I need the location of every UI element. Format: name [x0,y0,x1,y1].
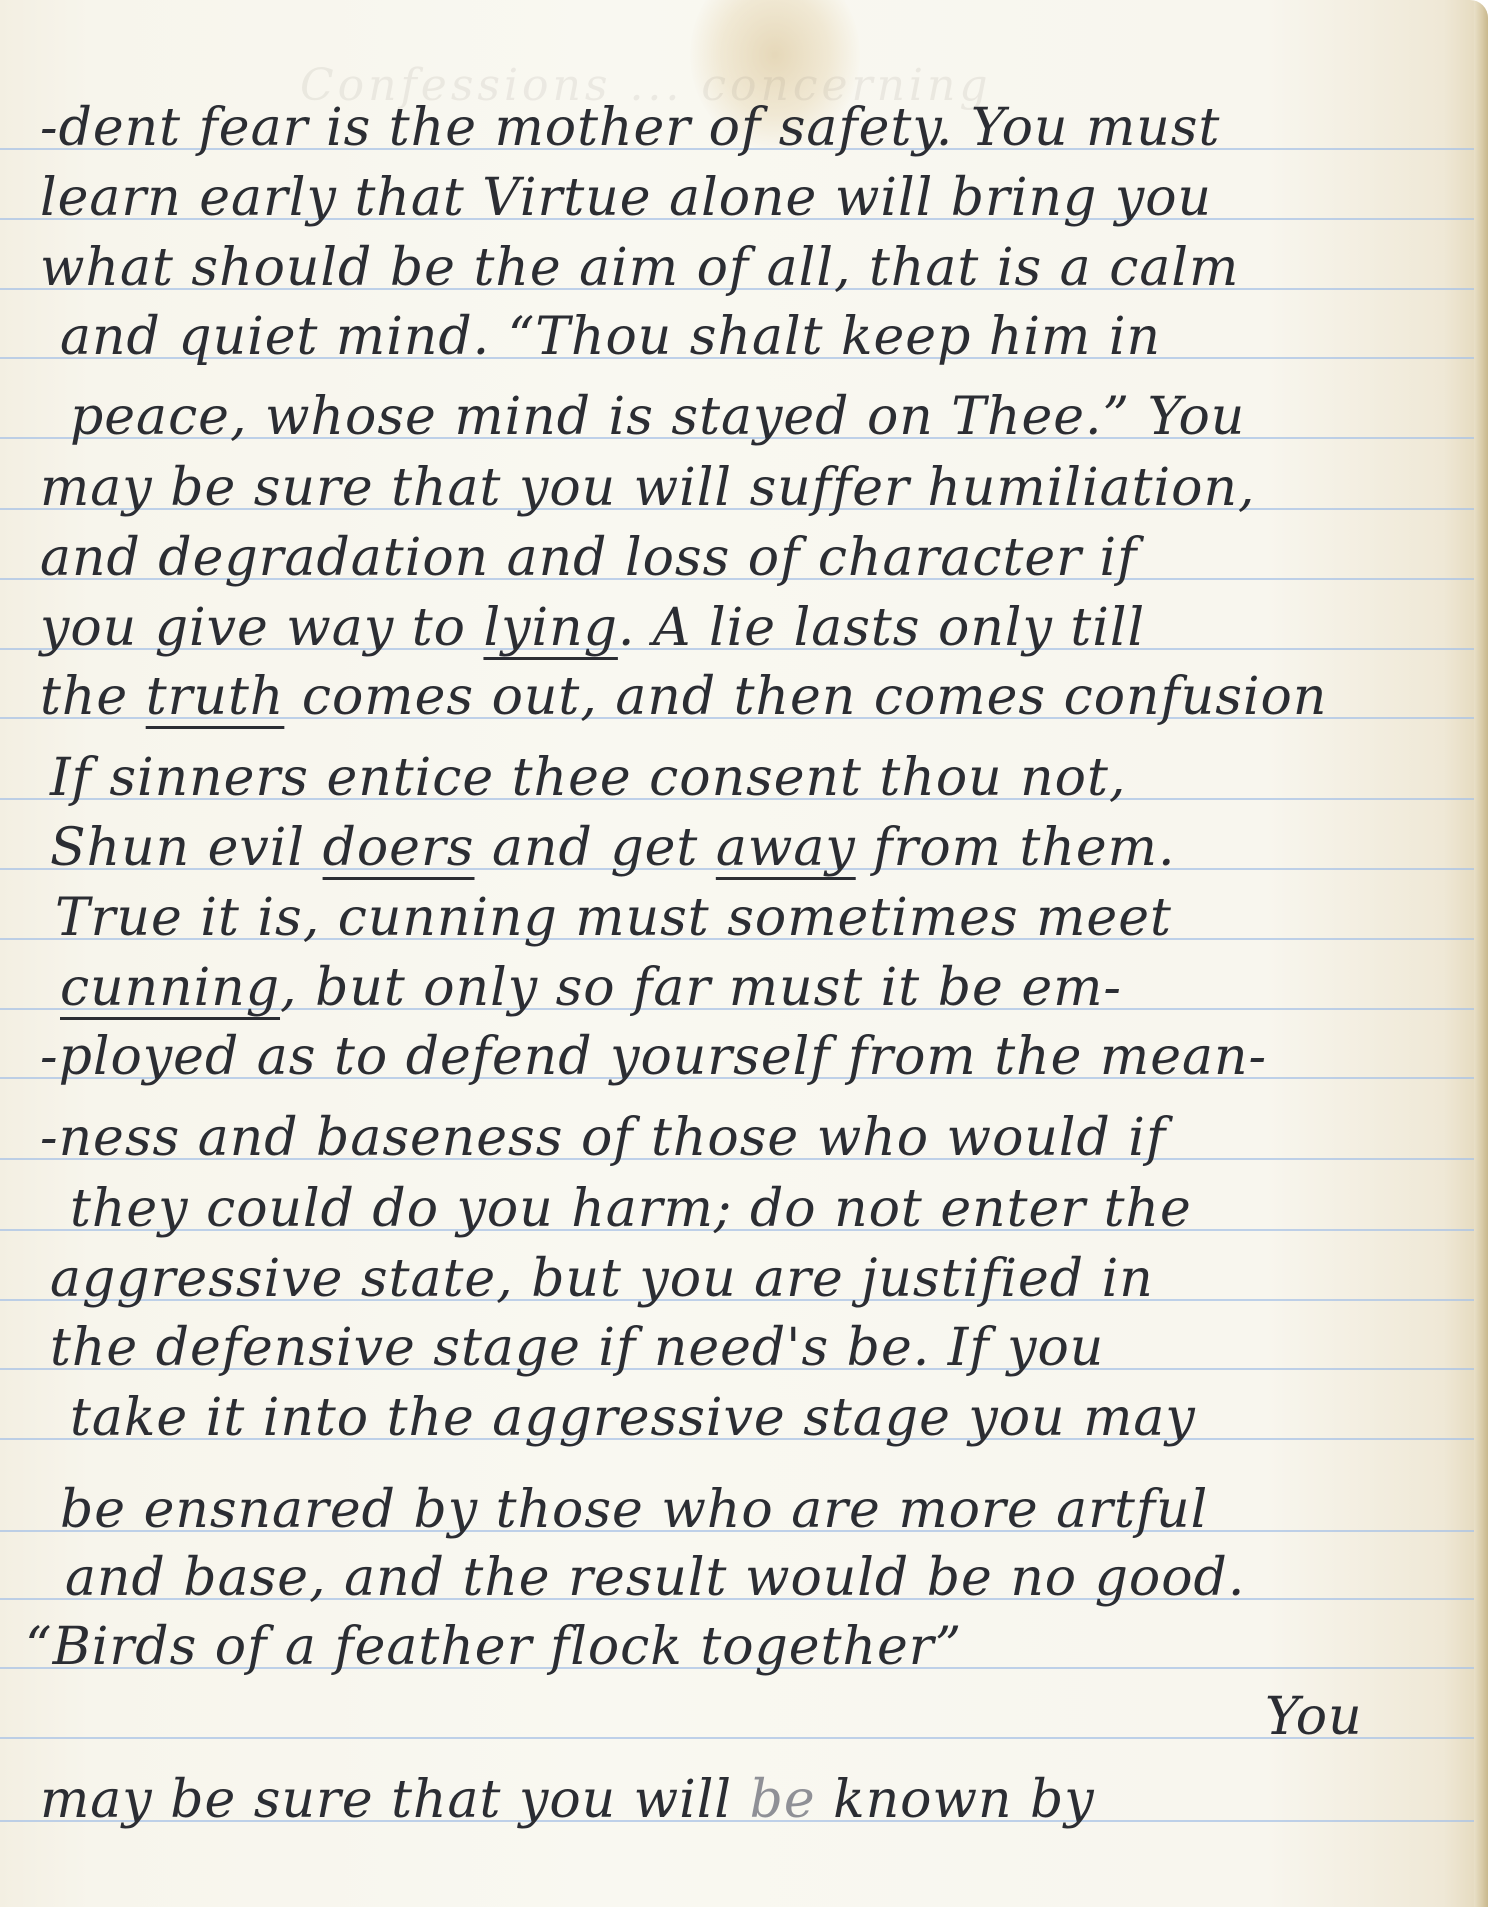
handwritten-line: peace, whose mind is stayed on Thee.” Yo… [70,387,1458,447]
line-text: . A lie lasts only till [618,598,1145,658]
handwritten-line: and quiet mind. “Thou shalt keep him in [60,307,1458,367]
handwritten-line: and base, and the result would be no goo… [65,1548,1458,1608]
handwritten-line: You [1265,1687,1458,1747]
line-text: from them. [856,818,1176,878]
ruled-line [0,1737,1474,1739]
line-text: , but only so far must it be em- [280,958,1122,1018]
handwritten-line: the defensive stage if need's be. If you [50,1318,1458,1378]
line-text: comes out, and then comes confusion [284,667,1327,727]
handwritten-line: -dent fear is the mother of safety. You … [40,98,1458,158]
handwritten-line: True it is, cunning must sometimes meet [55,888,1458,948]
line-text: and get [475,818,716,878]
underlined-word: doers [323,818,475,878]
line-text: known by [816,1770,1095,1830]
underlined-word: cunning [60,958,280,1018]
underlined-word: away [716,818,856,878]
handwritten-line: may be sure that you will suffer humilia… [40,458,1458,518]
line-text: Shun evil [50,818,323,878]
underlined-word: lying [483,598,617,658]
notebook-page: Confessions ... concerning -dent fear is… [0,0,1488,1907]
faint-word: be [750,1770,816,1830]
handwritten-line: take it into the aggressive stage you ma… [70,1388,1458,1448]
handwritten-line: aggressive state, but you are justified … [50,1249,1458,1309]
page-edge [1474,0,1488,1907]
handwritten-line: -ployed as to defend yourself from the m… [40,1027,1458,1087]
handwritten-line: they could do you harm; do not enter the [70,1179,1458,1239]
handwritten-line: the truth comes out, and then comes conf… [40,667,1458,727]
line-text: may be sure that you will [40,1770,750,1830]
underlined-word: truth [146,667,285,727]
handwritten-line: “Birds of a feather flock together” [25,1617,1458,1677]
handwritten-line: be ensnared by those who are more artful [60,1480,1458,1540]
handwritten-line: learn early that Virtue alone will bring… [40,168,1458,228]
line-text: you give way to [40,598,483,658]
handwritten-line: you give way to lying. A lie lasts only … [40,598,1458,658]
handwritten-line: what should be the aim of all, that is a… [40,238,1458,298]
handwritten-line: cunning, but only so far must it be em- [60,958,1458,1018]
handwritten-line: and degradation and loss of character if [40,528,1458,588]
handwritten-line: Shun evil doers and get away from them. [50,818,1458,878]
line-text: the [40,667,146,727]
handwritten-line: If sinners entice thee consent thou not, [50,748,1458,808]
handwritten-line: may be sure that you will be known by [40,1770,1458,1830]
handwritten-line: -ness and baseness of those who would if [40,1108,1458,1168]
